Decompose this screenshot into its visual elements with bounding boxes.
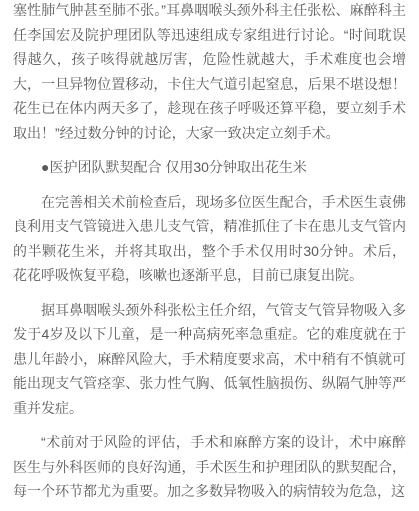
article-body: 塞性肺气肿甚至肺不张。”耳鼻咽喉头颈外科主任张松、麻醉科主任李国宏及院护理团队等…: [0, 0, 419, 504]
section-subheading: ●医护团队默契配合 仅用30分钟取出花生米: [13, 155, 406, 180]
paragraph-continuation: 塞性肺气肿甚至肺不张。”耳鼻咽喉头颈外科主任张松、麻醉科主任李国宏及院护理团队等…: [13, 0, 406, 145]
paragraph-risk-quote: “术前对于风险的评估，手术和麻醉方案的设计，术中麻醉医生与外科医师的良好沟通，手…: [13, 430, 406, 504]
paragraph-expert-intro: 据耳鼻咽喉头颈外科张松主任介绍，气管支气管异物吸入多发于4岁及以下儿童，是一种高…: [13, 298, 406, 421]
paragraph-surgery: 在完善相关术前检查后，现场多位医生配合，手术医生袁佛良利用支气管镜进入患儿支气管…: [13, 190, 406, 288]
